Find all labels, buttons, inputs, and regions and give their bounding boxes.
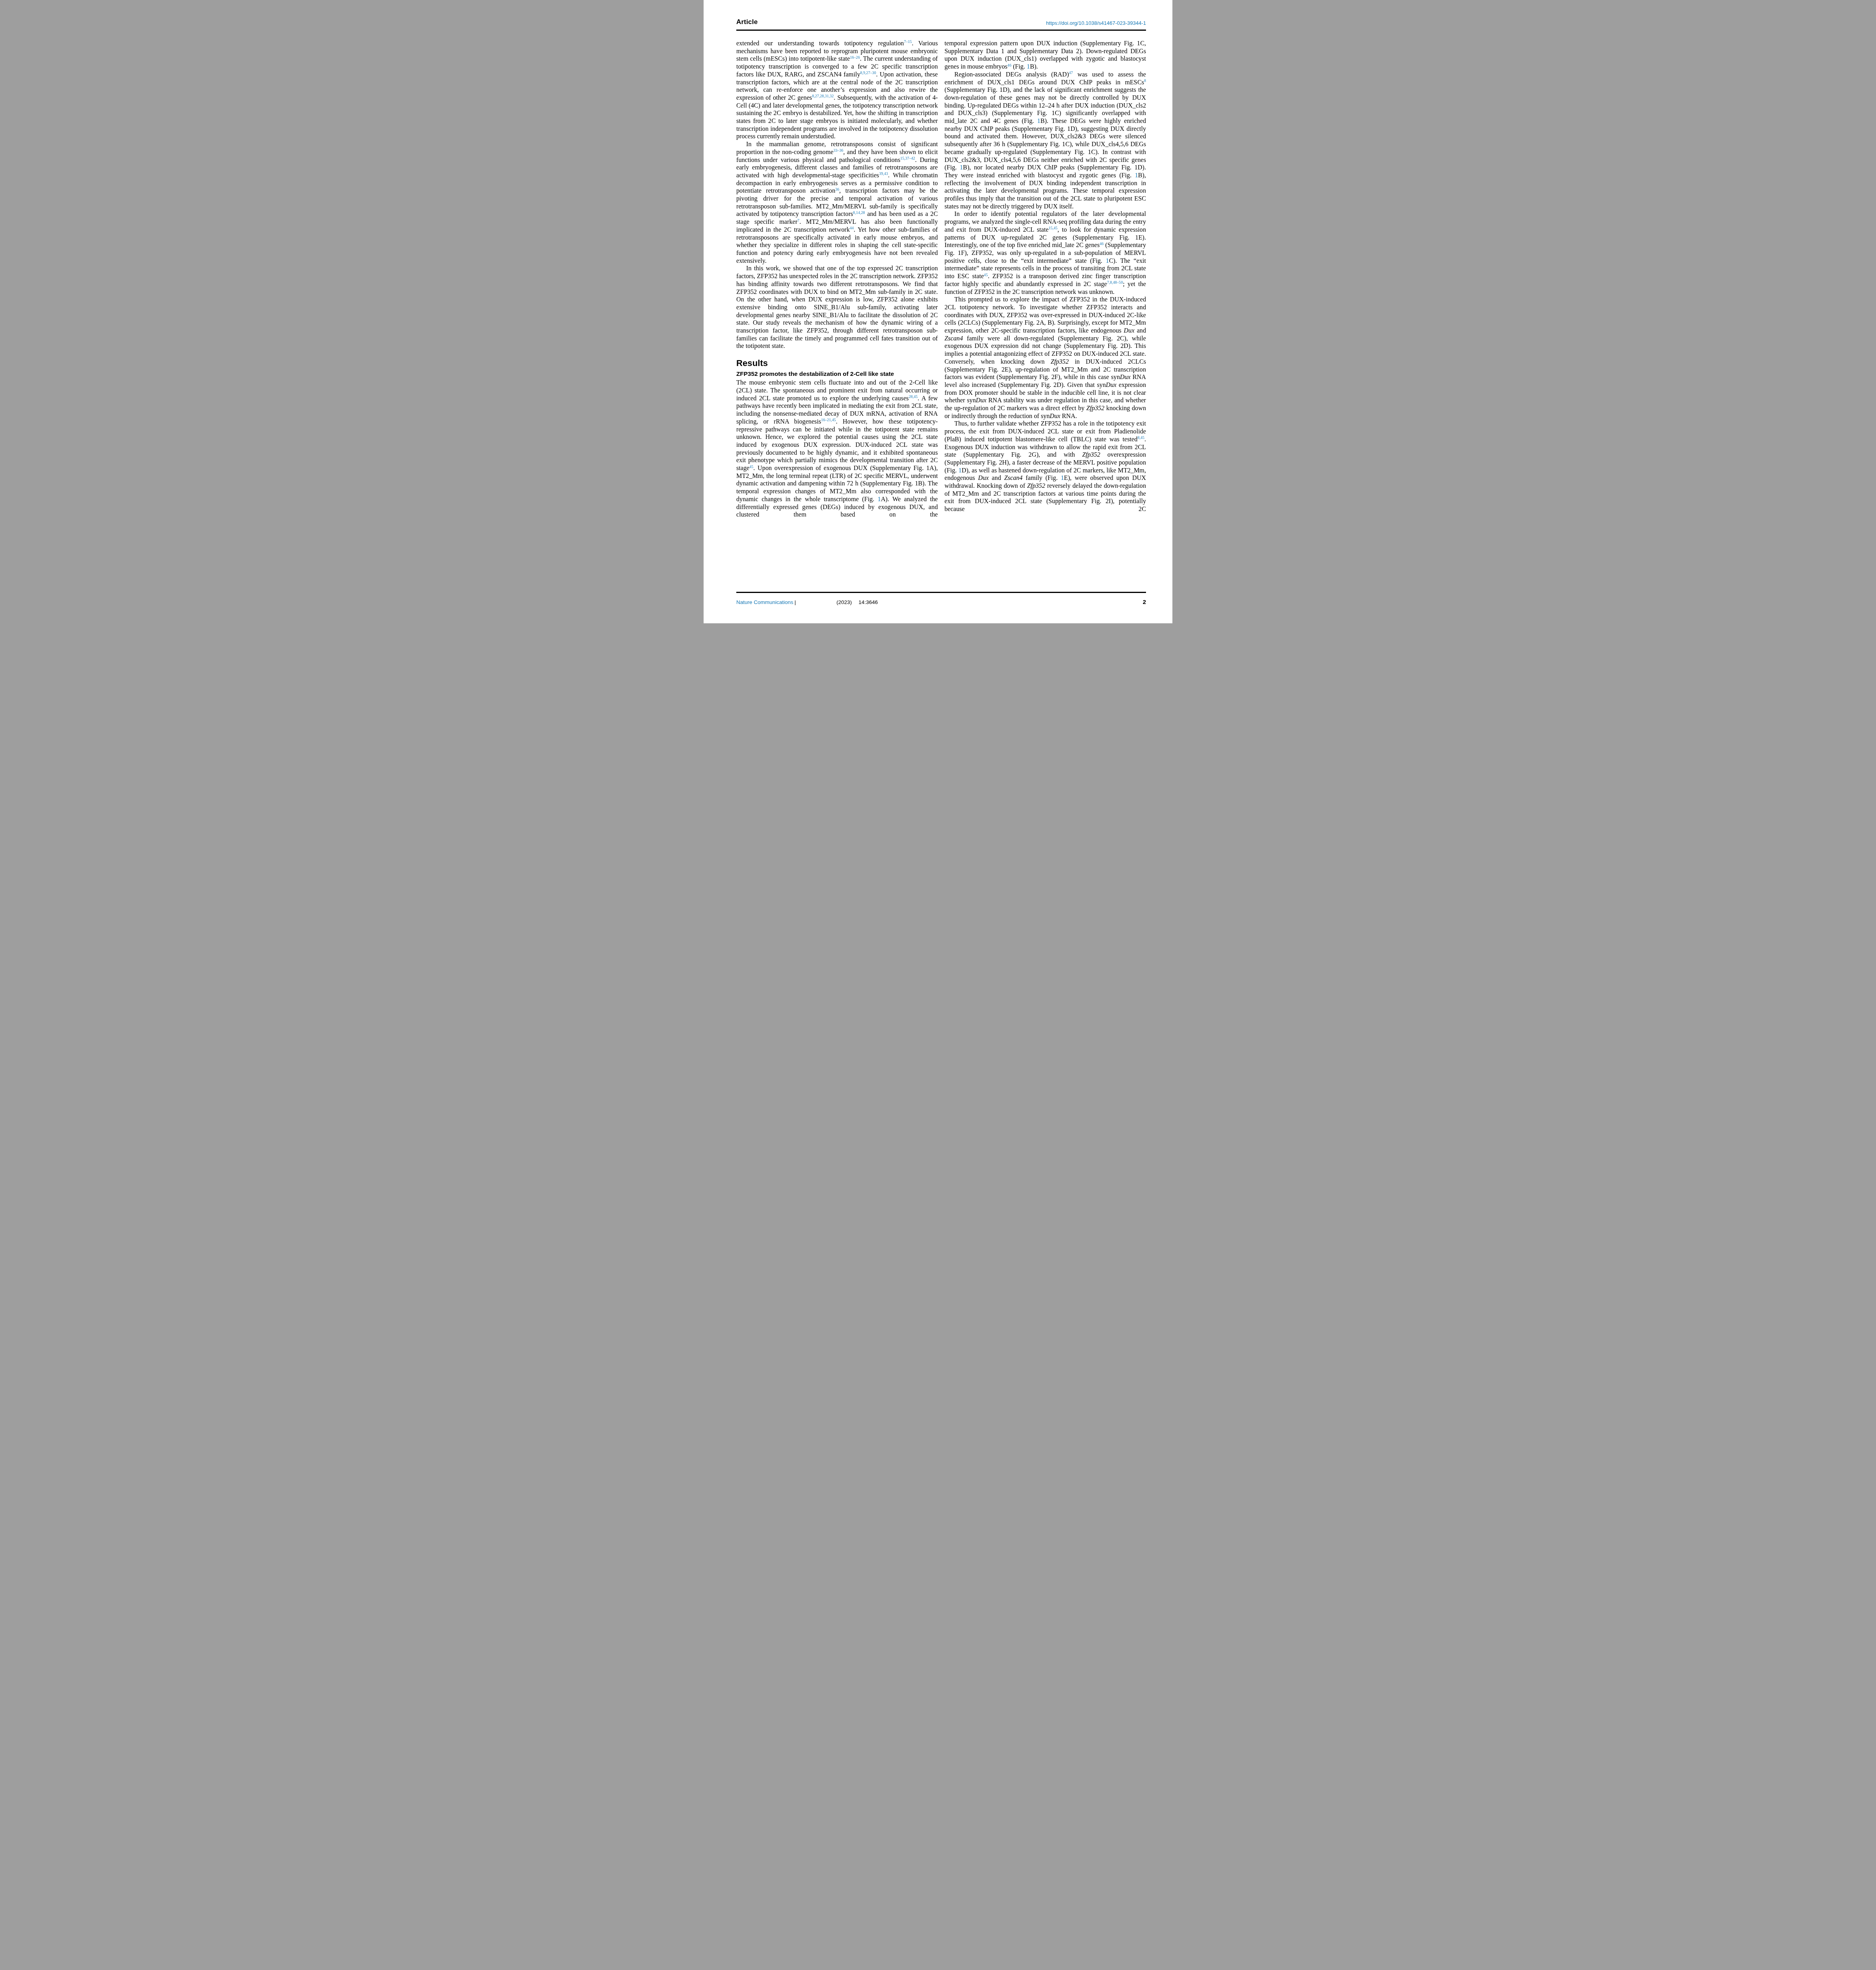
citation-ref[interactable]: 8,14,28 — [853, 211, 865, 215]
paragraph: extended our understanding towards totip… — [736, 40, 938, 141]
gene-name: Zfp352 — [1027, 482, 1045, 489]
citation-ref[interactable]: 44 — [850, 226, 854, 230]
citation-ref[interactable]: 36 — [835, 188, 839, 192]
citation-ref[interactable]: 39,43 — [879, 172, 888, 176]
section-subheading: ZFP352 promotes the destabilization of 2… — [736, 370, 938, 378]
figure-link[interactable]: 1 — [878, 496, 881, 503]
paragraph: Region-associated DEGs analysis (RAD)47 … — [945, 71, 1146, 211]
paragraph: temporal expression pattern upon DUX ind… — [945, 40, 1146, 71]
citation-ref[interactable]: 47 — [1069, 71, 1073, 75]
footer-citation: 14:3646 — [858, 599, 878, 605]
citation-ref[interactable]: 46 — [1100, 242, 1103, 246]
citation-ref[interactable]: 15,45 — [1049, 226, 1058, 230]
gene-name: Zscan4 — [945, 335, 963, 342]
paragraph: Thus, to further validate whether ZFP352… — [945, 420, 1146, 513]
figure-link[interactable]: 1 — [1037, 117, 1040, 125]
gene-name: Dux — [1050, 413, 1061, 420]
gene-name: Zfp352 — [1051, 358, 1069, 365]
paragraph: In order to identify potential regulator… — [945, 210, 1146, 296]
citation-ref[interactable]: 16–21,45 — [821, 418, 836, 422]
journal-name-link[interactable]: Nature Communications — [736, 599, 793, 605]
citation-ref[interactable]: 7 — [797, 219, 799, 223]
article-type-label: Article — [736, 18, 758, 26]
doi-link[interactable]: https://doi.org/10.1038/s41467-023-39344… — [1046, 20, 1146, 26]
citation-ref[interactable]: 8,9,27–30 — [860, 71, 876, 75]
footer-row: Nature Communications | (2023) 14:3646 2 — [736, 599, 1146, 606]
citation-ref[interactable]: 15,37–42 — [900, 156, 915, 161]
gene-name: Zfp352 — [1087, 405, 1105, 412]
citation-ref[interactable]: 8 — [1144, 79, 1146, 83]
figure-link[interactable]: 1 — [1027, 63, 1030, 70]
footer-rule — [736, 592, 1146, 593]
gene-name: Dux — [976, 397, 986, 404]
gene-name: Zscan4 — [1004, 474, 1023, 481]
citation-ref[interactable]: 45 — [749, 465, 753, 469]
paragraph: This prompted us to explore the impact o… — [945, 296, 1146, 420]
paragraph: The mouse embryonic stem cells fluctuate… — [736, 379, 938, 519]
gene-name: Dux — [1106, 381, 1116, 388]
citation-ref[interactable]: 46 — [1007, 63, 1011, 68]
gene-name: Zfp352 — [1082, 451, 1100, 458]
page-number: 2 — [1143, 599, 1146, 606]
results-heading: Results — [736, 359, 938, 368]
figure-link[interactable]: 1 — [1106, 257, 1109, 264]
gene-name: Dux — [978, 474, 989, 481]
paragraph: In this work, we showed that one of the … — [736, 265, 938, 350]
article-body: extended our understanding towards totip… — [736, 40, 1146, 519]
footer-year: (2023) — [836, 599, 852, 605]
page-footer: Nature Communications | (2023) 14:3646 2 — [736, 592, 1146, 606]
citation-ref[interactable]: 45 — [984, 273, 988, 277]
page-header: Article https://doi.org/10.1038/s41467-0… — [736, 18, 1146, 26]
gene-name: Dux — [1120, 374, 1131, 381]
citation-ref[interactable]: 28,45 — [909, 395, 918, 399]
gene-name: Dux — [1124, 327, 1135, 334]
citation-ref[interactable]: 8,27,28,31,32 — [812, 94, 834, 98]
right-column: temporal expression pattern upon DUX ind… — [945, 40, 1146, 519]
footer-separator: | — [795, 599, 796, 605]
left-column: extended our understanding towards totip… — [736, 40, 938, 519]
citation-ref[interactable]: 7,8,48–50 — [1107, 281, 1123, 285]
header-rule — [736, 30, 1146, 31]
page: Article https://doi.org/10.1038/s41467-0… — [704, 0, 1172, 623]
figure-link[interactable]: 1 — [960, 164, 963, 171]
figure-link[interactable]: 1 — [958, 467, 962, 474]
citation-ref[interactable]: 8,45 — [1137, 436, 1144, 440]
paragraph: In the mammalian genome, retrotransposon… — [736, 141, 938, 265]
citation-ref[interactable]: 7–15 — [904, 40, 912, 44]
citation-ref[interactable]: 16–26 — [850, 56, 860, 60]
figure-link[interactable]: 1 — [1135, 172, 1138, 179]
citation-ref[interactable]: 33–36 — [833, 149, 843, 153]
figure-link[interactable]: 1 — [1061, 474, 1064, 481]
